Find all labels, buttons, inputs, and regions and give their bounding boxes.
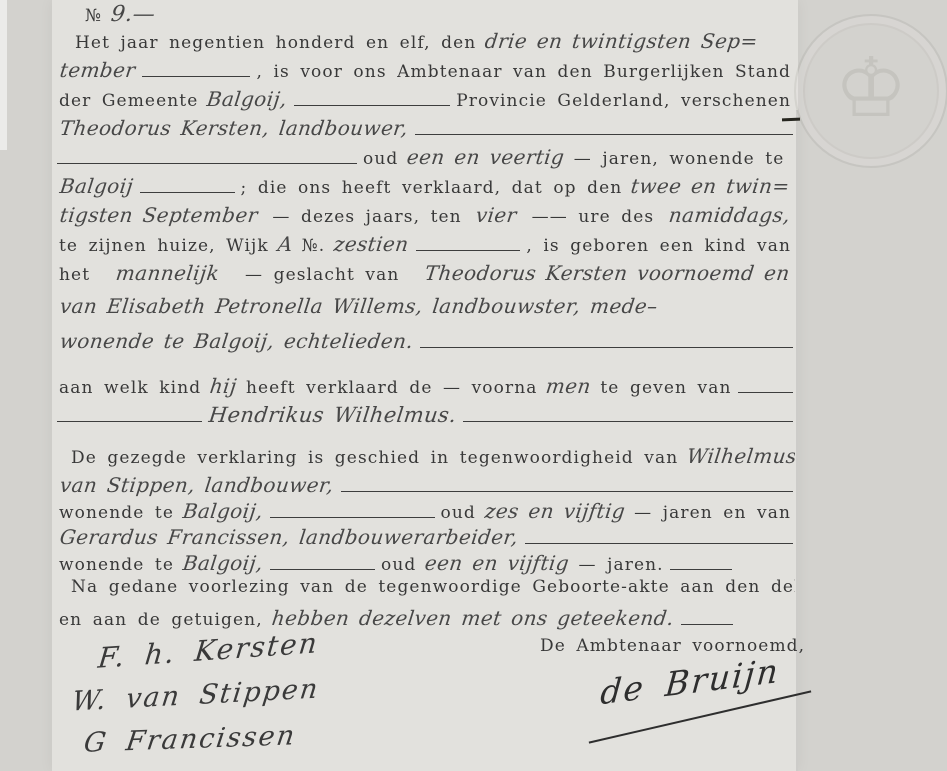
form-line: wonende teBalgoij,oudzes en vijftig— jar… [55, 499, 795, 525]
printed-text: oud [381, 555, 416, 575]
handwritten-text: 9.— [110, 2, 157, 27]
printed-text: — dezes jaars, ten [272, 207, 461, 227]
blank-rule [738, 380, 793, 393]
blank-rule [670, 557, 732, 570]
blank-rule [416, 238, 520, 251]
blank-rule [294, 93, 450, 106]
form-line: van Elisabeth Petronella Willems, landbo… [55, 294, 795, 323]
blank-rule [681, 612, 733, 625]
handwritten-text: men [545, 374, 593, 398]
blank-rule [341, 479, 793, 492]
form-line: wonende te Balgoij, echtelieden. [55, 329, 795, 358]
form-line: aan welk kindhijheeft verklaard de — voo… [55, 374, 795, 403]
handwritten-text: drie en twintigsten Sep= [484, 29, 760, 53]
form-line: wonende teBalgoij,oudeen en vijftig— jar… [55, 551, 795, 577]
handwritten-text: zestien [333, 232, 411, 256]
birth-certificate-document: ♔ №9.—Het jaar negentien honderd en elf,… [0, 0, 947, 771]
blank-rule [415, 122, 793, 135]
handwritten-text: hij [209, 374, 239, 398]
printed-text: wonende te [59, 555, 174, 575]
handwritten-text: Balgoij [59, 174, 135, 198]
printed-text: De gezegde verklaring is geschied in teg… [71, 448, 678, 468]
printed-text: — jaren, wonende te [574, 149, 785, 169]
form-line: en aan de getuigen,hebben dezelven met o… [55, 606, 795, 635]
embossed-seal: ♔ [794, 14, 947, 168]
blank-rule [463, 409, 793, 422]
form-line: der GemeenteBalgoij,Provincie Gelderland… [55, 87, 795, 116]
printed-text: te geven van [600, 378, 731, 398]
handwritten-text: tigsten September [59, 203, 260, 227]
handwritten-text: een en vijftig [424, 551, 571, 575]
printed-text: oud [363, 149, 398, 169]
form-line: Na gedane voorlezing van de tegenwoordig… [55, 577, 795, 606]
printed-text: № [85, 6, 102, 26]
handwritten-text: Balgoij, [182, 499, 265, 523]
handwritten-text: Balgoij, [182, 551, 265, 575]
handwritten-text: Gerardus Francissen, landbouwerarbeider, [59, 525, 520, 549]
blank-rule [57, 151, 357, 164]
blank-rule [142, 64, 250, 77]
handwritten-text: Balgoij, [206, 87, 289, 111]
blank-rule [270, 505, 435, 518]
handwritten-text: Wilhelmus- [686, 444, 795, 468]
form-line: hetmannelijk— geslacht vanTheodorus Kers… [55, 261, 795, 290]
printed-text: aan welk kind [59, 378, 201, 398]
handwritten-text: Hendrikus Wilhelmus. [208, 403, 458, 427]
printed-text: №. [302, 236, 326, 256]
form-line: Theodorus Kersten, landbouwer, [55, 116, 795, 145]
form-line: Balgoij; die ons heeft verklaard, dat op… [55, 174, 795, 203]
blank-rule [525, 531, 793, 544]
form-line: De gezegde verklaring is geschied in teg… [55, 444, 795, 473]
printed-text: Het jaar negentien honderd en elf, den [75, 33, 476, 53]
handwritten-text: hebben dezelven met ons geteekend. [270, 606, 675, 630]
form-line: Hendrikus Wilhelmus. [55, 403, 795, 432]
document-lines: №9.—Het jaar negentien honderd en elf, d… [55, 2, 795, 635]
handwritten-text: A [276, 232, 294, 256]
handwritten-text: een en veertig [406, 145, 566, 169]
printed-text: — jaren en van [634, 503, 791, 523]
printed-text: — geslacht van [245, 265, 399, 285]
handwritten-text: van Elisabeth Petronella Willems, landbo… [59, 294, 660, 318]
printed-text: heeft verklaard de — voorna [246, 378, 538, 398]
blank-rule [57, 409, 202, 422]
handwritten-text: mannelijk [114, 261, 220, 285]
handwritten-text: twee en twin= [630, 174, 792, 198]
printed-text: —— ure des [532, 207, 655, 227]
printed-text: — jaren. [579, 555, 664, 575]
form-line: oudeen en veertig— jaren, wonende te [55, 145, 795, 174]
printed-text: der Gemeente [59, 91, 198, 111]
form-line: №9.— [55, 2, 795, 29]
handwritten-text: namiddags, [667, 203, 791, 227]
printed-text: ; die ons heeft verklaard, dat op den [241, 178, 623, 198]
blank-rule [270, 557, 375, 570]
handwritten-text: tember [59, 58, 137, 82]
printed-text: , is geboren een kind van [526, 236, 791, 256]
printed-text: , is voor ons Ambtenaar van den Burgerli… [256, 62, 791, 82]
handwritten-text: Theodorus Kersten, landbouwer, [59, 116, 410, 140]
printed-text: Provincie Gelderland, verschenen [456, 91, 791, 111]
form-line: tember, is voor ons Ambtenaar van den Bu… [55, 58, 795, 87]
printed-text: wonende te [59, 503, 174, 523]
handwritten-text: wonende te Balgoij, echtelieden. [59, 329, 415, 353]
blank-rule [140, 180, 234, 193]
crown-icon: ♔ [834, 48, 908, 130]
form-line: van Stippen, landbouwer, [55, 473, 795, 499]
printed-text: Na gedane voorlezing van de tegenwoordig… [71, 577, 795, 597]
handwritten-text: Theodorus Kersten voornoemd en [424, 261, 792, 285]
form-line: tigsten September— dezes jaars, tenvier—… [55, 203, 795, 232]
printed-text: het [59, 265, 90, 285]
handwritten-text: vier [475, 203, 519, 227]
scan-corner-highlight [0, 0, 7, 150]
page-edge-line [796, 110, 798, 771]
form-line: Gerardus Francissen, landbouwerarbeider, [55, 525, 795, 551]
handwritten-text: zes en vijftig [483, 499, 626, 523]
printed-text: te zijnen huize, Wijk [59, 236, 269, 256]
handwritten-text: van Stippen, landbouwer, [59, 473, 336, 497]
form-line: te zijnen huize, WijkA№.zestien, is gebo… [55, 232, 795, 261]
blank-rule [420, 335, 793, 348]
printed-text: oud [441, 503, 476, 523]
printed-text: en aan de getuigen, [59, 610, 263, 630]
form-line: Het jaar negentien honderd en elf, dendr… [55, 29, 795, 58]
